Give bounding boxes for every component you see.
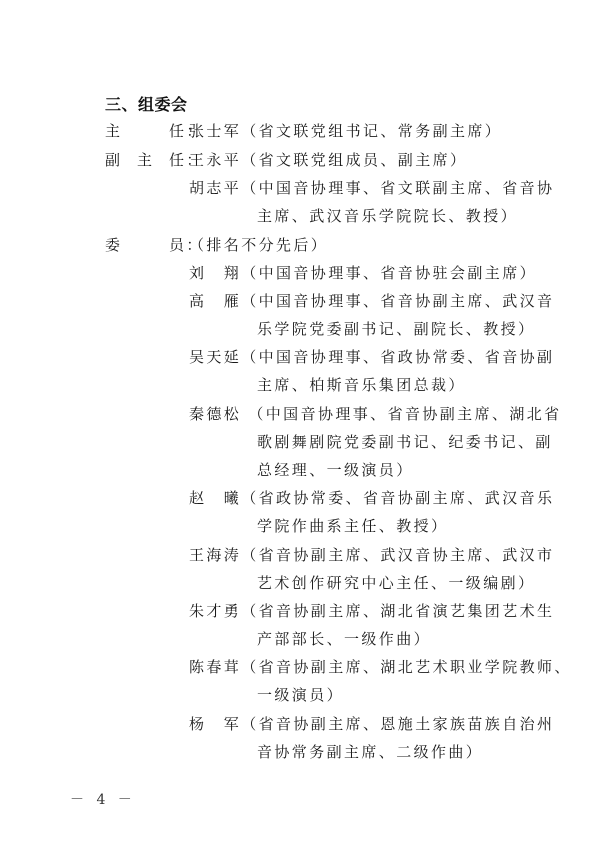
member-entry: 张士军（省文联党组书记、常务副主席）: [189, 121, 502, 141]
member-name: 秦德松: [189, 405, 241, 423]
member-title: （中国音协理事、省音协驻会副主席）: [241, 264, 537, 282]
section-heading: 三、组委会: [105, 92, 188, 115]
member-title: （省政协常委、省音协副主席、武汉音乐: [241, 489, 554, 507]
member-title-continued: 音协常务副主席、二级作曲）: [257, 742, 483, 762]
member-entry: 陈春茸（省音协副主席、湖北艺术职业学院教师、: [189, 657, 572, 677]
member-entry: 胡志平（中国音协理事、省文联副主席、省音协: [189, 178, 554, 198]
member-entry: 朱才勇（省音协副主席、湖北省演艺集团艺术生: [189, 601, 554, 621]
member-title: （中国音协理事、省政协常委、省音协副: [241, 348, 554, 366]
member-title-continued: 产部部长、一级作曲）: [257, 629, 431, 649]
member-entry: 赵 曦（省政协常委、省音协副主席、武汉音乐: [189, 488, 554, 508]
member-name: 张士军: [189, 122, 241, 140]
member-name: 吴天延: [189, 348, 241, 366]
member-name: 王海涛: [189, 546, 241, 564]
member-title: （中国音协理事、省音协副主席、湖北省: [241, 405, 561, 423]
member-name: 高 雁: [189, 292, 241, 310]
member-title-continued: 一级演员）: [257, 685, 344, 705]
member-entry: 高 雁（中国音协理事、省音协副主席、武汉音: [189, 291, 554, 311]
member-title: （中国音协理事、省文联副主席、省音协: [241, 179, 554, 197]
member-entry: 王永平（省文联党组成员、副主席）: [189, 150, 467, 170]
member-title-continued: 学院作曲系主任、教授）: [257, 516, 448, 536]
role-char: 副: [105, 150, 122, 170]
member-title: （省音协副主席、武汉音协主席、武汉市: [241, 546, 554, 564]
member-title-continued: 艺术创作研究中心主任、一级编剧）: [257, 573, 535, 593]
member-title-continued: 主席、武汉音乐学院院长、教授）: [257, 206, 518, 226]
member-name: 胡志平: [189, 179, 241, 197]
member-name: 朱才勇: [189, 602, 241, 620]
member-title: （省文联党组书记、常务副主席）: [241, 122, 502, 140]
member-entry: 王海涛（省音协副主席、武汉音协主席、武汉市: [189, 545, 554, 565]
page-number: － 4 －: [70, 789, 136, 809]
member-title-continued: 乐学院党委副书记、副院长、教授）: [257, 319, 535, 339]
role-char: 主: [137, 150, 154, 170]
member-name: 赵 曦: [189, 489, 241, 507]
member-title: （中国音协理事、省音协副主席、武汉音: [241, 292, 554, 310]
member-title-continued: 歌剧舞剧院党委副书记、纪委书记、副: [257, 432, 553, 452]
member-title: （省音协副主席、恩施土家族苗族自治州: [241, 715, 554, 733]
member-entry: 刘 翔（中国音协理事、省音协驻会副主席）: [189, 263, 537, 283]
role-char: 主: [105, 121, 122, 141]
member-entry: 杨 军（省音协副主席、恩施土家族苗族自治州: [189, 714, 554, 734]
member-entry: 吴天延（中国音协理事、省政协常委、省音协副: [189, 347, 554, 367]
member-title: （省音协副主席、湖北省演艺集团艺术生: [241, 602, 554, 620]
member-entry: 秦德松 （中国音协理事、省音协副主席、湖北省: [189, 404, 562, 424]
member-name: 刘 翔: [189, 264, 241, 282]
member-title-continued: 总经理、一级演员）: [257, 460, 414, 480]
member-note: （排名不分先后）: [189, 235, 328, 255]
member-title-continued: 主席、柏斯音乐集团总裁）: [257, 375, 466, 395]
member-name: 王永平: [189, 151, 241, 169]
member-name: 杨 军: [189, 715, 241, 733]
member-title: （省文联党组成员、副主席）: [241, 151, 467, 169]
member-name: 陈春茸: [189, 658, 241, 676]
role-char: 委: [105, 235, 122, 255]
member-title: （省音协副主席、湖北艺术职业学院教师、: [241, 658, 572, 676]
